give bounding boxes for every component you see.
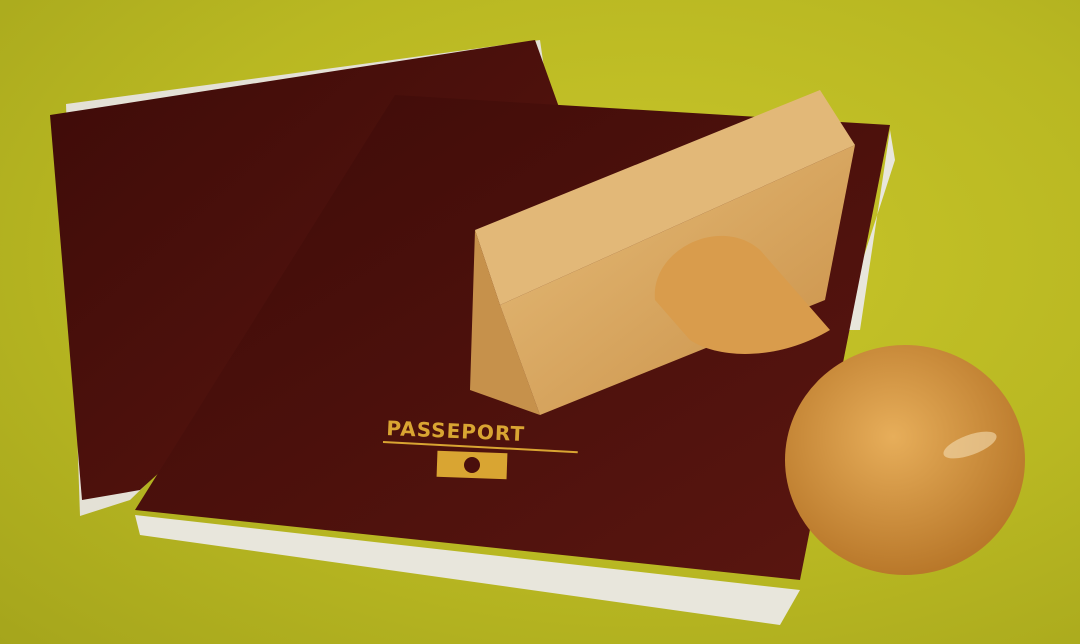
passport-stamp-photo (0, 0, 1080, 644)
photo-scene: PASSEPORT (0, 0, 1080, 644)
